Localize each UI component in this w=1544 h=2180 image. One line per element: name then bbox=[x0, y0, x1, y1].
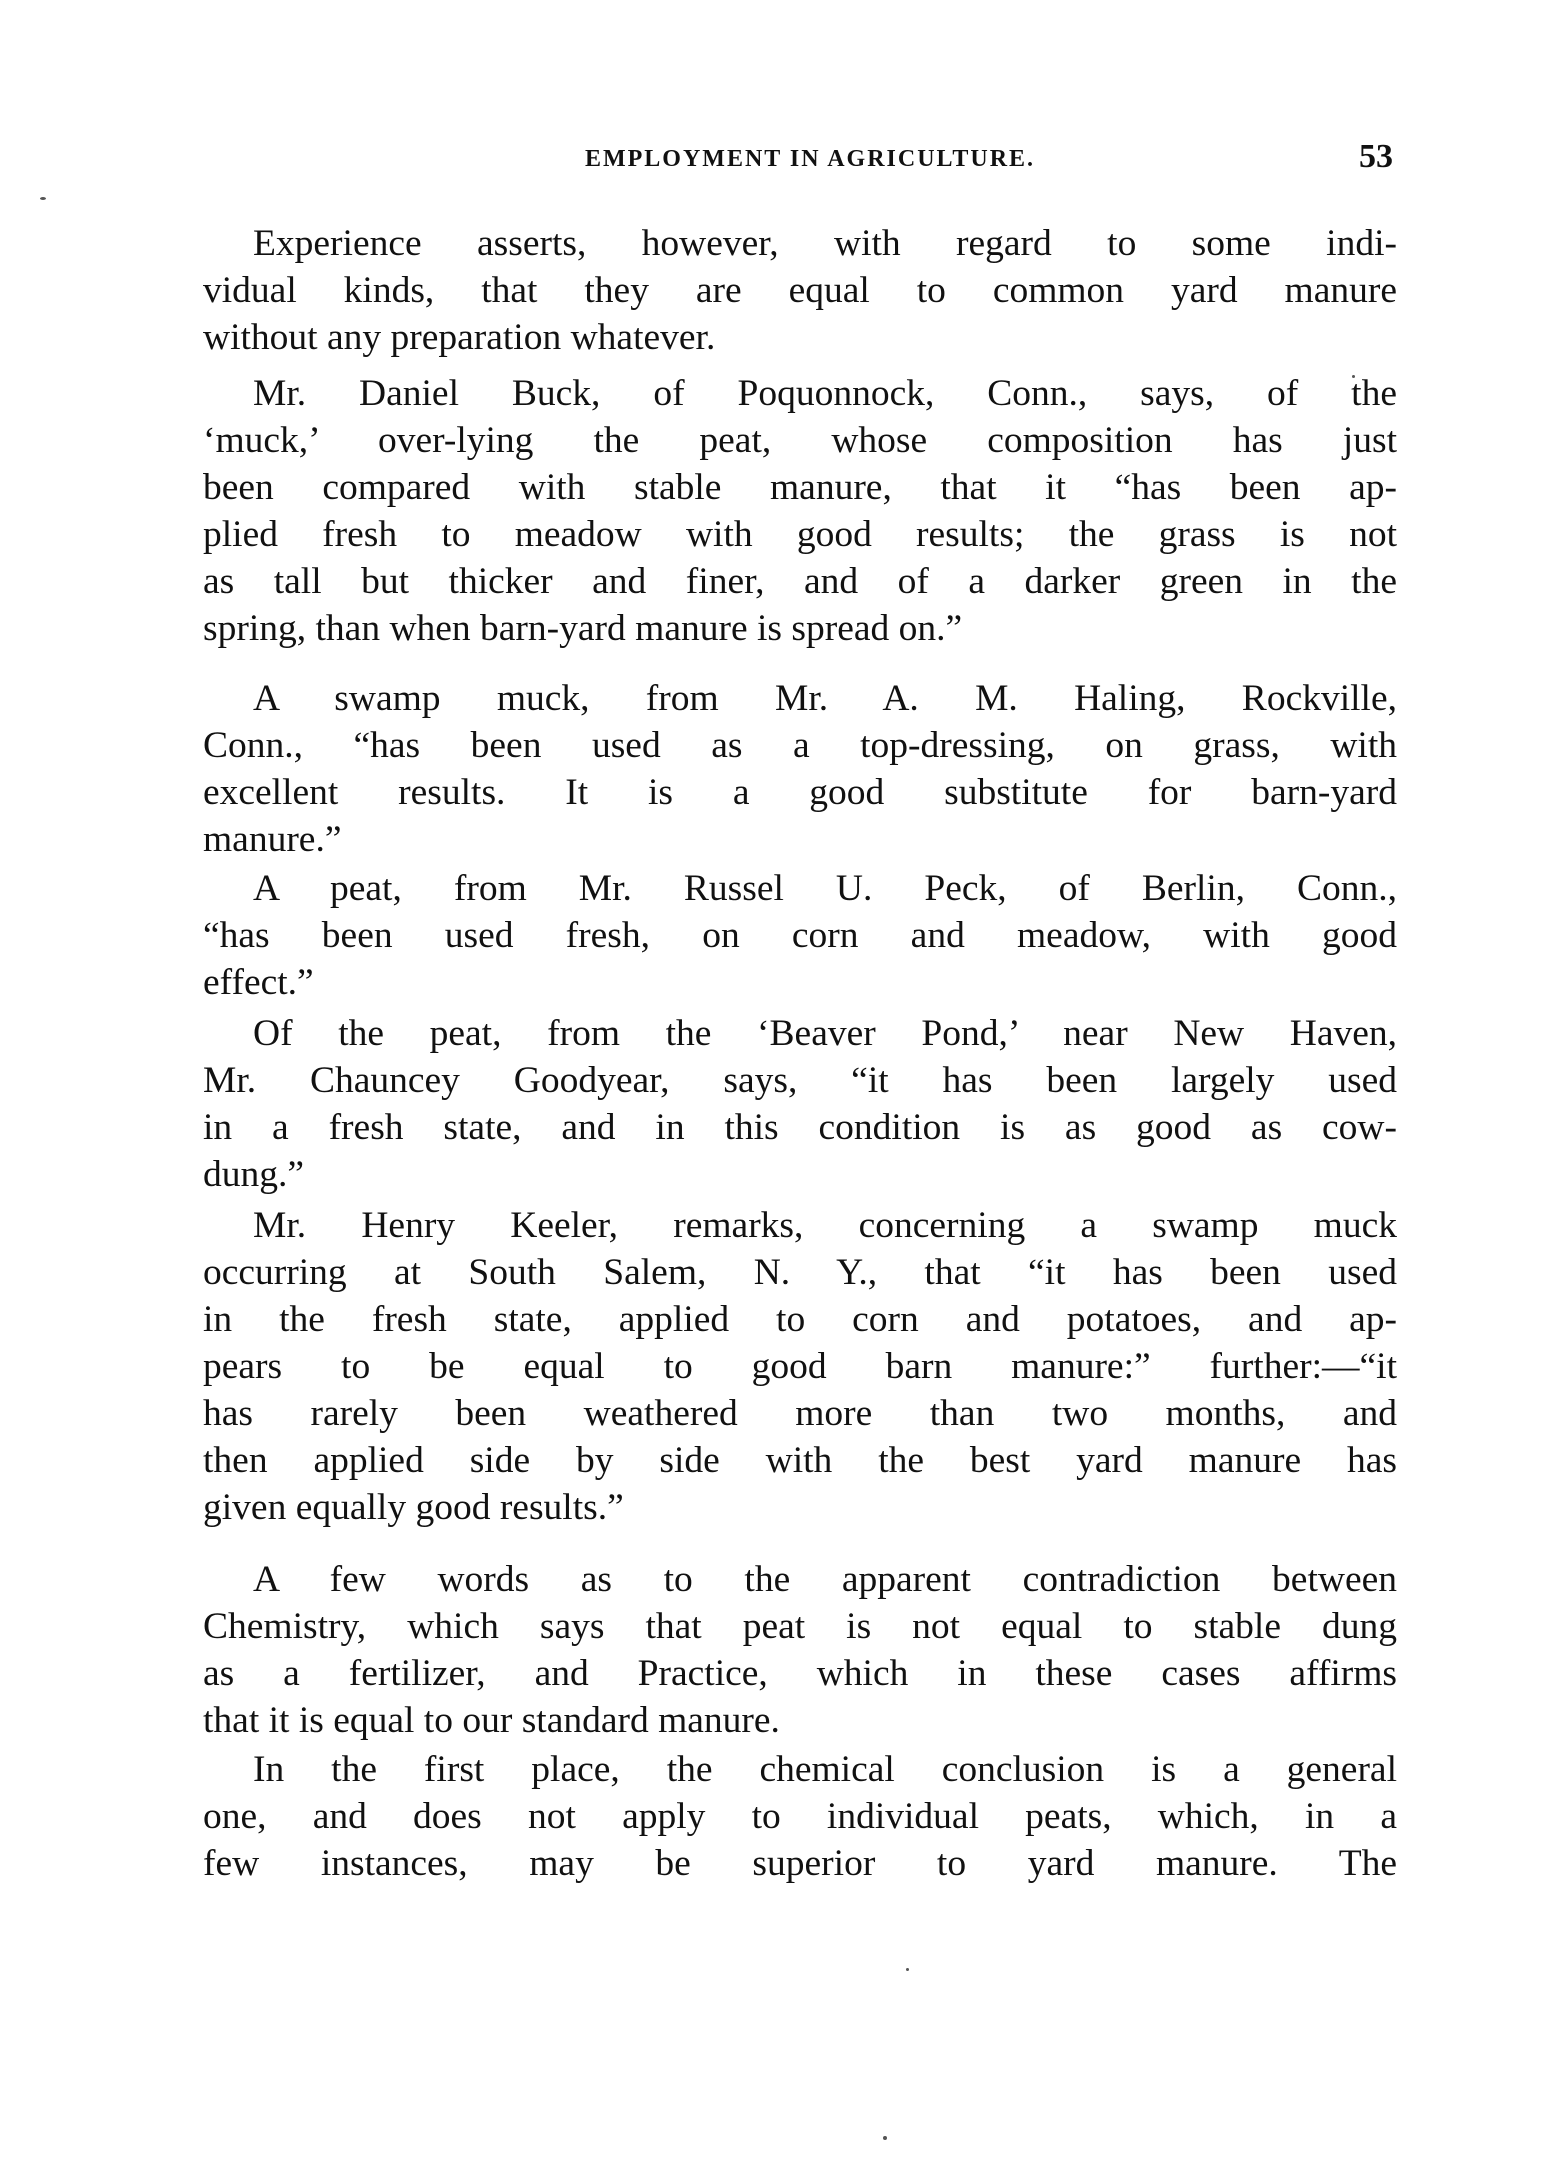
text-line: as tall but thicker and finer, and of a … bbox=[203, 558, 1397, 605]
paragraph-daniel-buck: Mr. Daniel Buck, of Poquonnock, Conn., s… bbox=[203, 370, 1397, 652]
text-line: Chemistry, which says that peat is not e… bbox=[203, 1603, 1397, 1650]
text-line: manure.” bbox=[203, 816, 1397, 863]
text-line: few instances, may be superior to yard m… bbox=[203, 1840, 1397, 1887]
text-line: that it is equal to our standard manure. bbox=[203, 1697, 1397, 1744]
text-line: Of the peat, from the ‘Beaver Pond,’ nea… bbox=[203, 1010, 1397, 1057]
scan-speck bbox=[883, 2136, 887, 2140]
text-line: A swamp muck, from Mr. A. M. Haling, Roc… bbox=[203, 675, 1397, 722]
text-line: Experience asserts, however, with regard… bbox=[203, 220, 1397, 267]
text-line: one, and does not apply to individual pe… bbox=[203, 1793, 1397, 1840]
text-line: Mr. Daniel Buck, of Poquonnock, Conn., s… bbox=[203, 370, 1397, 417]
text-line: given equally good results.” bbox=[203, 1484, 1397, 1531]
text-line: in the fresh state, applied to corn and … bbox=[203, 1296, 1397, 1343]
text-line: dung.” bbox=[203, 1151, 1397, 1198]
page-number: 53 bbox=[1359, 138, 1393, 176]
text-line: A few words as to the apparent contradic… bbox=[203, 1556, 1397, 1603]
book-page: EMPLOYMENT IN AGRICULTURE. 53 Experience… bbox=[0, 0, 1544, 2180]
text-line: without any preparation whatever. bbox=[203, 314, 1397, 361]
paragraph-goodyear: Of the peat, from the ‘Beaver Pond,’ nea… bbox=[203, 1010, 1397, 1198]
text-line: plied fresh to meadow with good results;… bbox=[203, 511, 1397, 558]
paragraph-contradiction: A few words as to the apparent contradic… bbox=[203, 1556, 1397, 1744]
paragraph-keeler: Mr. Henry Keeler, remarks, concerning a … bbox=[203, 1202, 1397, 1531]
text-line: vidual kinds, that they are equal to com… bbox=[203, 267, 1397, 314]
running-head: EMPLOYMENT IN AGRICULTURE. 53 bbox=[205, 142, 1395, 182]
paragraph-peck: A peat, from Mr. Russel U. Peck, of Berl… bbox=[203, 865, 1397, 1006]
text-line: Mr. Henry Keeler, remarks, concerning a … bbox=[203, 1202, 1397, 1249]
running-title: EMPLOYMENT IN AGRICULTURE. bbox=[205, 146, 1405, 173]
text-line: In the first place, the chemical conclus… bbox=[203, 1746, 1397, 1793]
paragraph-first-place: In the first place, the chemical conclus… bbox=[203, 1746, 1397, 1887]
text-line: Conn., “has been used as a top-dressing,… bbox=[203, 722, 1397, 769]
paragraph-experience: Experience asserts, however, with regard… bbox=[203, 220, 1397, 361]
scan-speck bbox=[906, 1968, 909, 1971]
text-line: occurring at South Salem, N. Y., that “i… bbox=[203, 1249, 1397, 1296]
text-line: “has been used fresh, on corn and meadow… bbox=[203, 912, 1397, 959]
paragraph-haling: A swamp muck, from Mr. A. M. Haling, Roc… bbox=[203, 675, 1397, 863]
text-line: excellent results. It is a good substitu… bbox=[203, 769, 1397, 816]
scan-speck bbox=[40, 197, 46, 200]
text-line: has rarely been weathered more than two … bbox=[203, 1390, 1397, 1437]
text-line: been compared with stable manure, that i… bbox=[203, 464, 1397, 511]
text-line: in a fresh state, and in this condition … bbox=[203, 1104, 1397, 1151]
text-line: Mr. Chauncey Goodyear, says, “it has bee… bbox=[203, 1057, 1397, 1104]
text-line: effect.” bbox=[203, 959, 1397, 1006]
scan-speck bbox=[1352, 375, 1355, 378]
text-line: ‘muck,’ over-lying the peat, whose compo… bbox=[203, 417, 1397, 464]
text-line: A peat, from Mr. Russel U. Peck, of Berl… bbox=[203, 865, 1397, 912]
text-line: spring, than when barn-yard manure is sp… bbox=[203, 605, 1397, 652]
text-line: as a fertilizer, and Practice, which in … bbox=[203, 1650, 1397, 1697]
text-line: pears to be equal to good barn manure:” … bbox=[203, 1343, 1397, 1390]
text-line: then applied side by side with the best … bbox=[203, 1437, 1397, 1484]
